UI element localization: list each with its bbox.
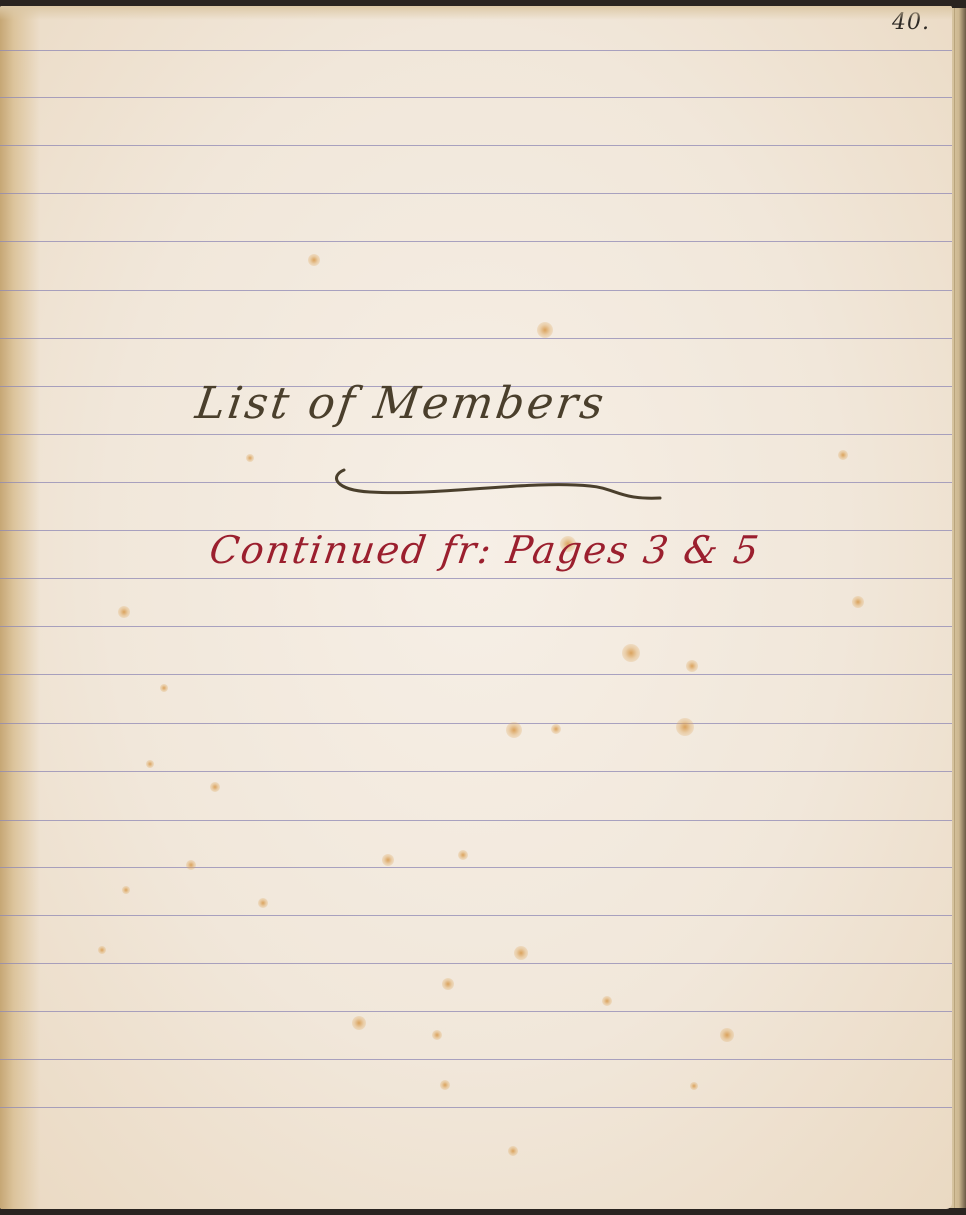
page-heading: List of Members bbox=[192, 378, 609, 429]
underline-flourish-icon bbox=[330, 466, 680, 506]
continuation-note: Continued fr: Pages 3 & 5 bbox=[207, 528, 763, 572]
ledger-page: 40. List of Members Continued fr: Pages … bbox=[0, 6, 952, 1209]
page-number: 40. bbox=[892, 10, 930, 35]
